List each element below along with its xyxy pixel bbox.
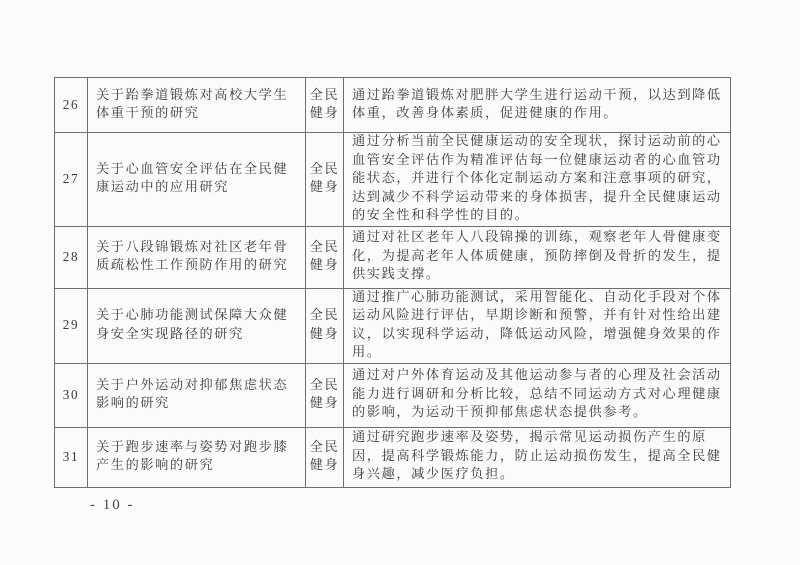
category-line2: 健身 [308,395,341,414]
topic-title: 关于户外运动对抑郁焦虑状态影响的研究 [88,363,306,427]
category-line1: 全民 [308,377,341,396]
category-cell: 全民 健身 [306,288,344,363]
topic-description: 通过对社区老年人八段锦操的训练，观察老年人骨健康变化，为提高老年人体质健康，预防… [344,226,731,288]
row-number: 26 [55,78,88,133]
category-line1: 全民 [308,439,341,458]
table-row: 31 关于跑步速率与姿势对跑步膝产生的影响的研究 全民 健身 通过研究跑步速率及… [55,427,731,487]
table-row: 26 关于跆拳道锻炼对高校大学生体重干预的研究 全民 健身 通过跆拳道锻炼对肥胖… [55,78,731,133]
category-line2: 健身 [308,326,341,345]
topic-description: 通过对户外体育运动及其他运动参与者的心理及社会活动能力进行调研和分析比较，总结不… [344,363,731,427]
document-page: 26 关于跆拳道锻炼对高校大学生体重干预的研究 全民 健身 通过跆拳道锻炼对肥胖… [0,0,800,565]
category-line1: 全民 [308,239,341,258]
topic-description: 通过推广心肺功能测试，采用智能化、自动化手段对个体运动风险进行评估，早期诊断和预… [344,288,731,363]
row-number: 30 [55,363,88,427]
topic-title: 关于跑步速率与姿势对跑步膝产生的影响的研究 [88,427,306,487]
category-cell: 全民 健身 [306,133,344,227]
category-line2: 健身 [308,105,341,124]
table-row: 28 关于八段锦锻炼对社区老年骨质疏松性工作预防作用的研究 全民 健身 通过对社… [55,226,731,288]
table-row: 30 关于户外运动对抑郁焦虑状态影响的研究 全民 健身 通过对户外体育运动及其他… [55,363,731,427]
category-line1: 全民 [308,307,341,326]
category-line2: 健身 [308,179,341,198]
topic-description: 通过跆拳道锻炼对肥胖大学生进行运动干预，以达到降低体重，改善身体素质，促进健康的… [344,78,731,133]
category-line2: 健身 [308,257,341,276]
topic-description: 通过分析当前全民健康运动的安全现状，探讨运动前的心血管安全评估作为精准评估每一位… [344,133,731,227]
topic-title: 关于八段锦锻炼对社区老年骨质疏松性工作预防作用的研究 [88,226,306,288]
category-line1: 全民 [308,87,341,106]
topic-description: 通过研究跑步速率及姿势，揭示常见运动损伤产生的原因，提高科学锻炼能力，防止运动损… [344,427,731,487]
category-cell: 全民 健身 [306,78,344,133]
category-cell: 全民 健身 [306,427,344,487]
category-cell: 全民 健身 [306,226,344,288]
topic-title: 关于跆拳道锻炼对高校大学生体重干预的研究 [88,78,306,133]
page-number: - 10 - [90,497,135,514]
topic-title: 关于心血管安全评估在全民健康运动中的应用研究 [88,133,306,227]
research-topics-table: 26 关于跆拳道锻炼对高校大学生体重干预的研究 全民 健身 通过跆拳道锻炼对肥胖… [54,77,731,488]
category-line1: 全民 [308,161,341,180]
row-number: 31 [55,427,88,487]
table-row: 27 关于心血管安全评估在全民健康运动中的应用研究 全民 健身 通过分析当前全民… [55,133,731,227]
topic-title: 关于心肺功能测试保障大众健身安全实现路径的研究 [88,288,306,363]
row-number: 27 [55,133,88,227]
category-cell: 全民 健身 [306,363,344,427]
category-line2: 健身 [308,457,341,476]
row-number: 28 [55,226,88,288]
table-row: 29 关于心肺功能测试保障大众健身安全实现路径的研究 全民 健身 通过推广心肺功… [55,288,731,363]
row-number: 29 [55,288,88,363]
